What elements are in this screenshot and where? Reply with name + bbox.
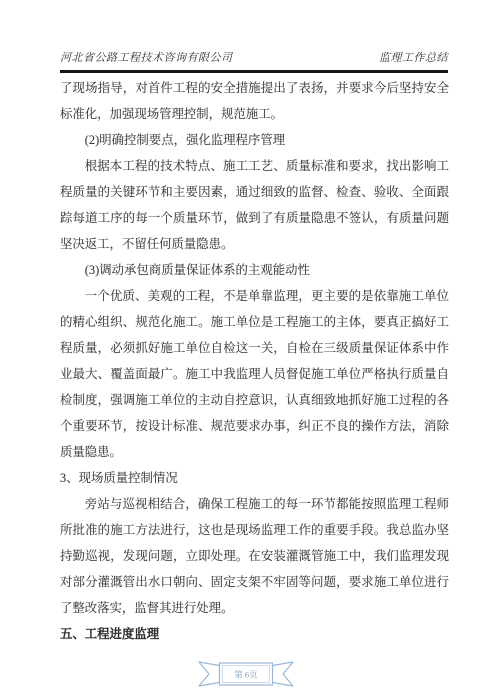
page-header: 河北省公路工程技术咨询有限公司 监理工作总结: [60, 49, 448, 65]
paragraph: (3)调动承包商质量保证体系的主观能动性: [60, 257, 449, 283]
paragraph: (2)明确控制要点，强化监理程序管理: [60, 127, 449, 153]
paragraph: 旁站与巡视相结合，确保工程施工的每一环节都能按照监理工程师所批准的施工方法进行，…: [60, 491, 449, 621]
paragraph: 了现场指导，对首件工程的安全措施提出了表扬，并要求今后坚持安全标准化，加强现场管…: [60, 75, 449, 127]
ribbon-banner-icon: 第 6页: [197, 656, 295, 692]
document-page: 河北省公路工程技术咨询有限公司 监理工作总结 了现场指导，对首件工程的安全措施提…: [0, 0, 480, 700]
page-number-label: 第 6页: [234, 670, 258, 680]
paragraph: 一个优质、美观的工程，不是单靠监理，更主要的是依靠施工单位的精心组织、规范化施工…: [60, 283, 449, 465]
header-company: 河北省公路工程技术咨询有限公司: [60, 49, 233, 65]
header-rule: [60, 70, 448, 73]
paragraph: 根据本工程的技术特点、施工工艺、质量标准和要求，找出影响工程质量的关键环节和主要…: [60, 153, 449, 257]
section-heading: 五、工程进度监理: [60, 621, 449, 647]
document-body: 了现场指导，对首件工程的安全措施提出了表扬，并要求今后坚持安全标准化，加强现场管…: [60, 75, 449, 647]
paragraph: 3、现场质量控制情况: [60, 465, 449, 491]
header-doc-title: 监理工作总结: [379, 49, 448, 65]
page-number-ribbon: 第 6页: [197, 656, 295, 692]
